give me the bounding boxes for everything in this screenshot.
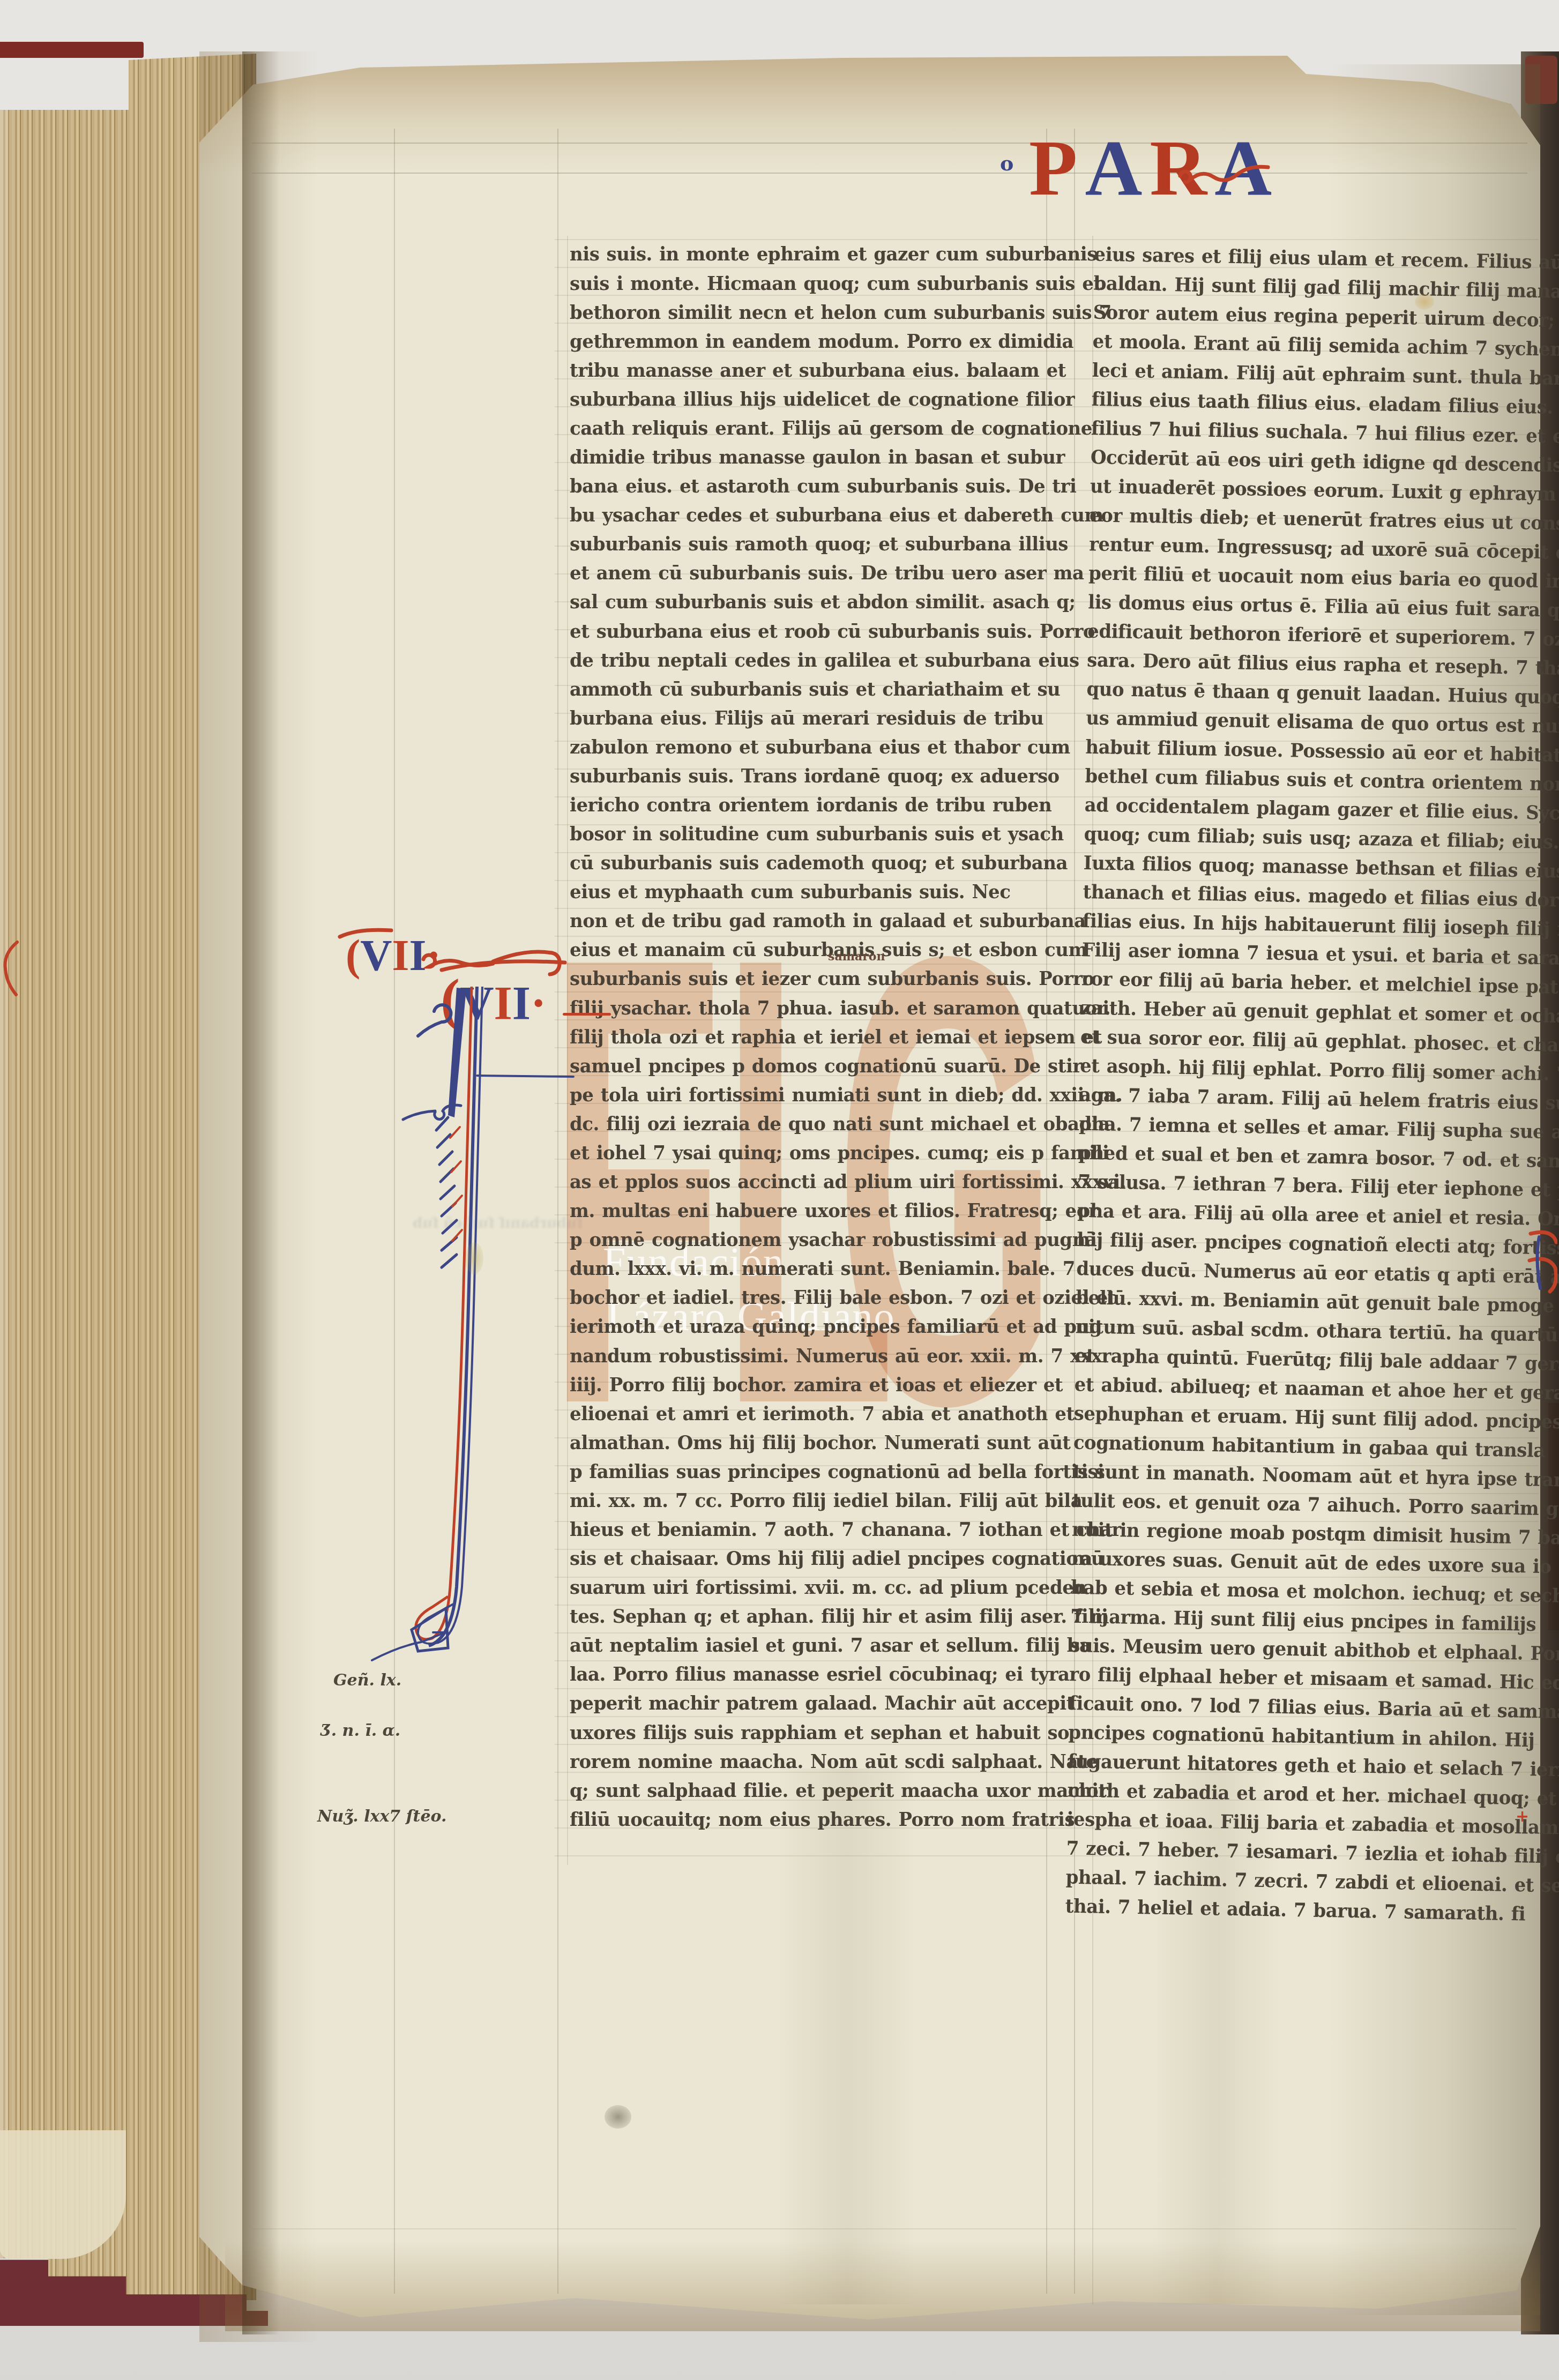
manuscript-text-line: non et de tribu gad ramoth in galaad et … <box>570 907 1065 936</box>
ruling-line-horizontal <box>252 2228 1517 2229</box>
manuscript-text-line: m. multas eni habuere uxores et filios. … <box>570 1197 1065 1226</box>
manuscript-text-line: bethoron similit necn et helon cum subur… <box>570 298 1065 327</box>
manuscript-text-line: tes. Sephan q; et aphan. filij hir et as… <box>570 1602 1065 1631</box>
manuscript-text-line: dc. filij ozi iezraia de quo nati sunt m… <box>570 1109 1065 1138</box>
manuscript-text-line: pe tola uiri fortissimi numiati sunt in … <box>570 1080 1065 1109</box>
ruling-line-horizontal <box>252 143 1527 144</box>
parchment-stain <box>465 1242 483 1274</box>
manuscript-text-line: bochor et iadiel. tres. Filij bale esbon… <box>570 1284 1065 1312</box>
running-title-letter: A <box>1085 129 1142 208</box>
margin-note-genesis: Geñ. lx. <box>333 1671 401 1690</box>
manuscript-text-line: q; sunt salphaad filie. et peperit maach… <box>570 1776 1065 1805</box>
manuscript-text-line: bana eius. et astaroth cum suburbanis su… <box>570 472 1065 501</box>
manuscript-text-line: sis et chaisaar. Oms hij filij adiel pnc… <box>570 1545 1065 1573</box>
manuscript-text-line: p familias suas principes cognationū ad … <box>570 1457 1065 1486</box>
manuscript-text-line: aūt neptalim iasiel et guni. 7 asar et s… <box>570 1631 1065 1660</box>
manuscript-text-line: tribu manasse aner et suburbana eius. ba… <box>570 356 1065 385</box>
edge-red-mark-icon <box>1 939 23 998</box>
binding-cover-top-edge <box>0 42 144 58</box>
manuscript-text-line: laa. Porro filius manasse esriel cōcubin… <box>570 1660 1065 1689</box>
interlinear-correction: samaron <box>828 950 885 964</box>
manuscript-text-line: bosor in solitudine cum suburbanis suis … <box>570 820 1065 849</box>
manuscript-text-line: eius et manaim cū suburbanis suis s; et … <box>570 936 1065 965</box>
manuscript-text-line: almathan. Oms hij filij bochor. Numerati… <box>570 1428 1065 1457</box>
margin-note-flourish-icon <box>369 1629 454 1667</box>
manuscript-text-line: gethremmon in eandem modum. Porro ex dim… <box>570 327 1065 356</box>
manuscript-text-line: suburbanis suis. Trans iordanē quoq; ex … <box>570 762 1065 790</box>
manuscript-text-line: dimidie tribus manasse gaulon in basan e… <box>570 443 1065 472</box>
manuscript-text-line: ammoth cū suburbanis suis et chariathaim… <box>570 675 1065 704</box>
chapter-flourish-icon-2 <box>439 954 568 986</box>
manuscript-text-line: nandum robustissimi. Numerus aū eor. xxi… <box>570 1341 1065 1370</box>
manuscript-text-line: elioenai et amri et ierimoth. 7 abia et … <box>570 1399 1065 1428</box>
ruling-line-vertical-margin <box>394 129 395 2294</box>
running-title-prefix-mark: o <box>1000 151 1013 175</box>
manuscript-text-line: caath reliquis erant. Filijs aū gersom d… <box>570 414 1065 443</box>
ruling-line-horizontal <box>252 173 1527 174</box>
ink-smudge <box>605 2105 631 2129</box>
manuscript-text-line: et suburbana eius et roob cū suburbanis … <box>570 617 1065 646</box>
manuscript-text-line: zabulon remono et suburbana eius et thab… <box>570 733 1065 762</box>
manuscript-text-line: et iohel 7 ysai quinq; oms pncipes. cumq… <box>570 1138 1065 1167</box>
text-column-left: nis suis. in monte ephraim et gazer cum … <box>570 240 1065 1834</box>
manuscript-text-line: as et pplos suos accincti ad plium uiri … <box>570 1168 1065 1197</box>
manuscript-text-line: suis i monte. Hicmaan quoq; cum suburban… <box>570 269 1065 298</box>
manuscript-text-line: suburbana illius hijs uidelicet de cogna… <box>570 385 1065 414</box>
manuscript-text-line: et anem cū suburbanis suis. De tribu uer… <box>570 559 1065 588</box>
illuminated-initial-f-icon <box>397 983 579 1669</box>
ink-showthrough: ſuburbanıſ ſuıſ cū ſub <box>413 1215 583 1232</box>
manuscript-text-line: samuel pncipes p domos cognationū suarū.… <box>570 1051 1065 1080</box>
manuscript-text-line: filiū uocauitq; nom eius phares. Porro n… <box>570 1805 1065 1834</box>
manuscript-text-line: peperit machir patrem galaad. Machir aūt… <box>570 1689 1065 1718</box>
manuscript-text-line: mi. xx. m. 7 cc. Porro filij iediel bila… <box>570 1486 1065 1515</box>
manuscript-text-line: sal cum suburbanis suis et abdon similit… <box>570 588 1065 617</box>
manuscript-text-line: suarum uiri fortissimi. xvii. m. cc. ad … <box>570 1573 1065 1602</box>
margin-cross-mark: + <box>1516 1807 1529 1826</box>
manuscript-text-line: ierimoth et uraza quinq; pncipes familia… <box>570 1312 1065 1341</box>
manuscript-text-line: p omnē cognationem ysachar robustissimi … <box>570 1226 1065 1255</box>
manuscript-text-line: suburbanis suis ramoth quoq; et suburban… <box>570 530 1065 559</box>
manuscript-text-line: filij ysachar. thola 7 phua. iasub. et s… <box>570 994 1065 1023</box>
manuscript-text-line: nis suis. in monte ephraim et gazer cum … <box>570 240 1065 269</box>
text-column-right: eius sares et filij eius ulam et recem. … <box>1065 240 1545 1929</box>
manuscript-text-line: iericho contra orientem iordanis de trib… <box>570 791 1065 820</box>
manuscript-text-line: bu ysachar cedes et suburbana eius et da… <box>570 501 1065 530</box>
manuscript-text-line: burbana eius. Filijs aū merari residuis … <box>570 704 1065 733</box>
manuscript-text-line: uxores filijs suis rapphiam et sephan et… <box>570 1718 1065 1747</box>
manuscript-text-line: suburbanis suis et iezer cum suburbanis … <box>570 965 1065 994</box>
edge-paraph-icon <box>1525 1226 1557 1296</box>
manuscript-text-line: dum. lxxx. vi. m. numerati sunt. Beniami… <box>570 1255 1065 1284</box>
manuscript-text-line: filij thola ozi et raphia et ieriel et i… <box>570 1023 1065 1051</box>
lower-left-page-corner <box>0 2130 126 2259</box>
manuscript-text-line: rorem nomine maacha. Nom aūt scdi salpha… <box>570 1747 1065 1776</box>
gutter-shadow <box>242 51 280 2334</box>
manuscript-photo: o PARA F L G Fundación Lázaro Galdiano n… <box>0 0 1559 2380</box>
running-title-flourish-icon <box>1174 155 1275 193</box>
manuscript-text-line: eius et myphaath cum suburbanis suis. Ne… <box>570 878 1065 907</box>
margin-note-numbers: Nuʒ̃. lxx7 ſtēo. <box>317 1807 446 1826</box>
margin-note-sign: Ʒ. n. ī. ɑ. <box>320 1721 400 1740</box>
manuscript-text-line: de tribu neptali cedes in galilea et sub… <box>570 646 1065 675</box>
manuscript-text-line: hieus et beniamin. 7 aoth. 7 chanana. 7 … <box>570 1516 1065 1545</box>
manuscript-text-line: iiij. Porro filij bochor. zamira et ioas… <box>570 1370 1065 1399</box>
parchment-stain <box>1415 294 1434 310</box>
running-title-letter: P <box>1029 129 1077 208</box>
manuscript-text-line: cū suburbanis suis cademoth quoq; et sub… <box>570 849 1065 878</box>
